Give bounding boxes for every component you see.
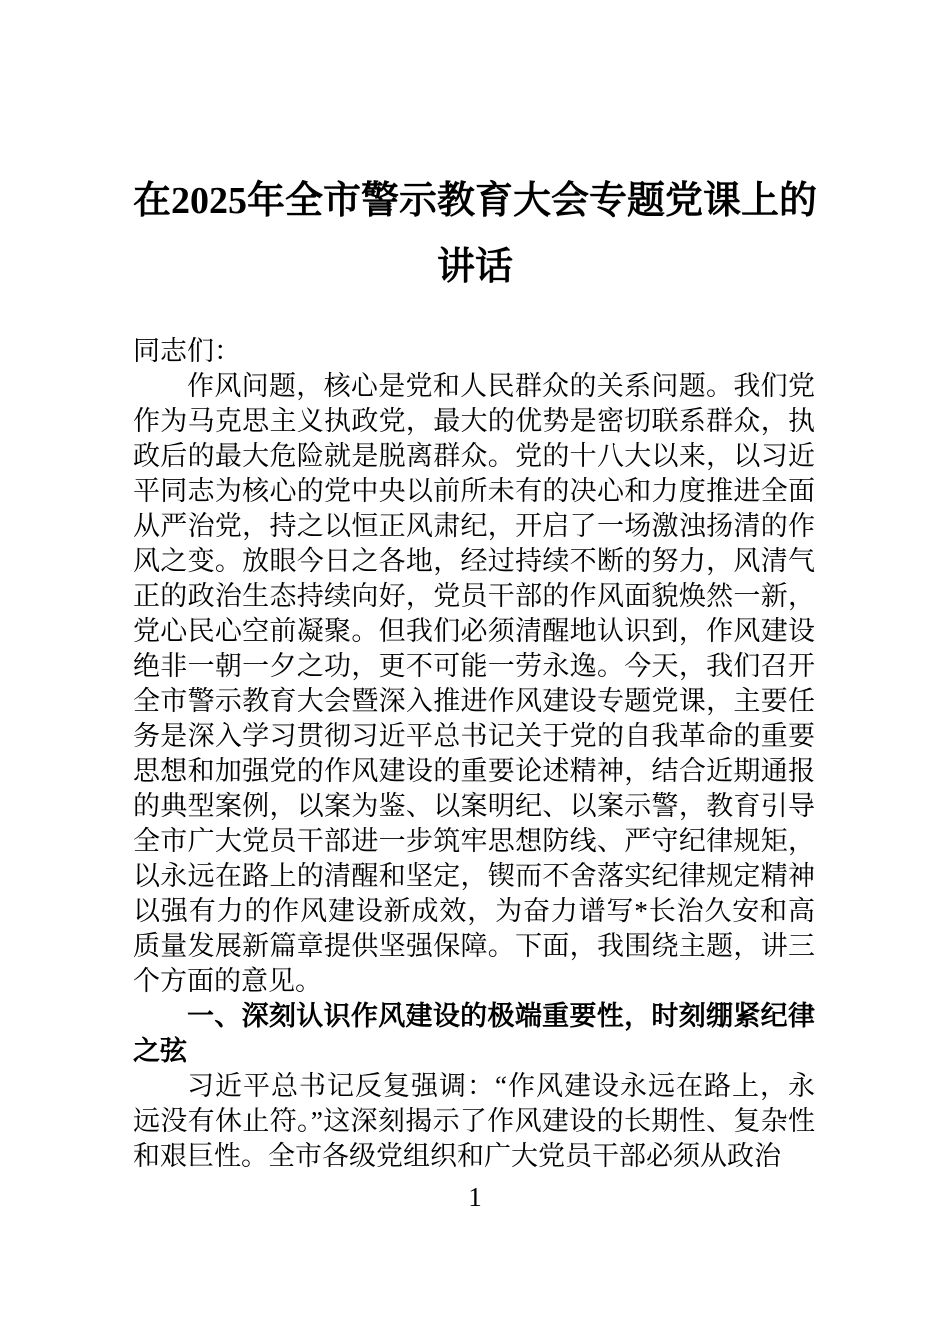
document-title: 在2025年全市警示教育大会专题党课上的讲话 [125,168,825,300]
section-heading-1: 一、深刻认识作风建设的极端重要性，时刻绷紧纪律之弦 [133,999,815,1069]
paragraph-section-1-body: 习近平总书记反复强调：“作风建设永远在路上，永远没有休止符。”这深刻揭示了作风建… [133,1069,815,1174]
document-body: 同志们： 作风问题，核心是党和人民群众的关系问题。我们党作为马克思主义执政党，最… [133,334,815,1174]
paragraph-salutation: 同志们： [133,334,815,369]
page-number: 1 [0,1180,950,1215]
document-page: 在2025年全市警示教育大会专题党课上的讲话 同志们： 作风问题，核心是党和人民… [0,0,950,1344]
paragraph-intro: 作风问题，核心是党和人民群众的关系问题。我们党作为马克思主义执政党，最大的优势是… [133,369,815,999]
